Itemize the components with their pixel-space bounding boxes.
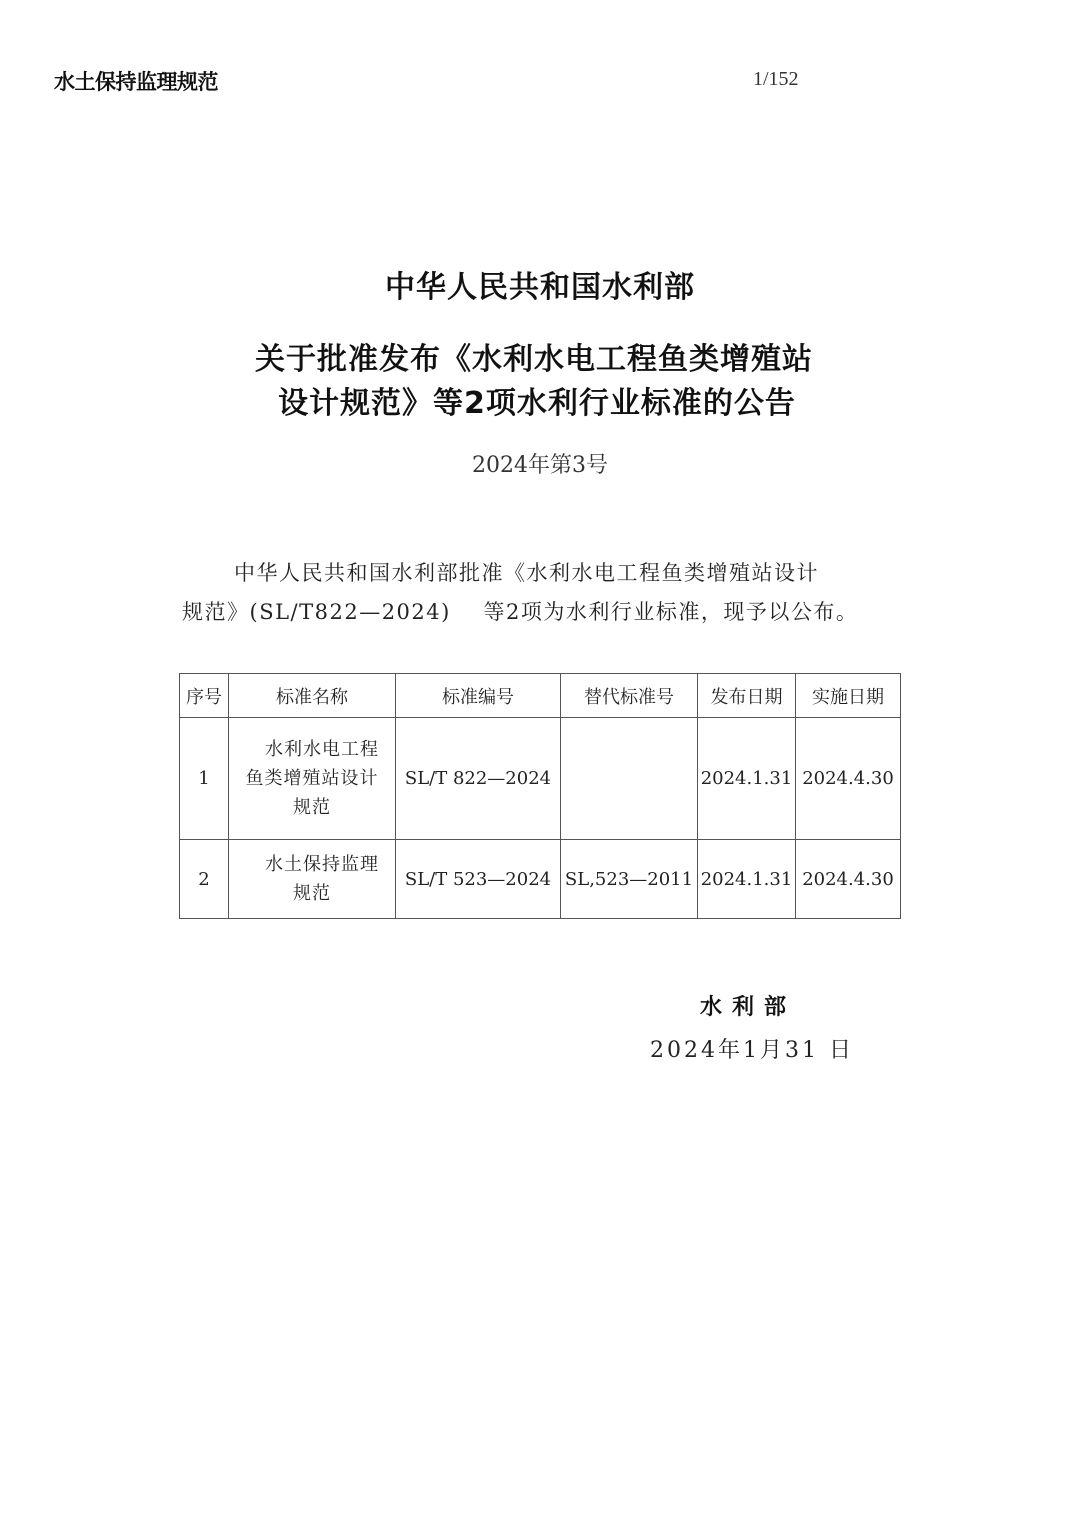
standards-table: 序号 标准名称 标准编号 替代标准号 发布日期 实施日期 1 水利水电工程鱼类增… [179,673,901,919]
header-name: 标准名称 [229,674,396,718]
cell-published: 2024.1.31 [698,840,796,919]
header-code: 标准编号 [396,674,561,718]
table-row: 1 水利水电工程鱼类增殖站设计规范 SL/T 822—2024 2024.1.3… [180,718,901,840]
cell-seq: 1 [180,718,229,840]
notice-title-line-2: 设计规范》等2项水利行业标准的公告 [0,378,1077,422]
name-line: 水土保持监理 [265,854,379,875]
page-number: 1/152 [753,68,799,91]
cell-effective: 2024.4.30 [796,840,901,919]
cell-code: SL/T 822—2024 [396,718,561,840]
name-line: 规范 [293,883,331,904]
cell-published: 2024.1.31 [698,718,796,840]
running-title: 水土保持监理规范 [54,66,218,96]
cell-replaces: SL,523—2011 [561,840,698,919]
header-replaces: 替代标准号 [561,674,698,718]
signature-date: 2024年1月31 日 [650,1033,854,1064]
cell-name: 水土保持监理规范 [229,840,396,919]
issuer-heading: 中华人民共和国水利部 [0,262,1080,306]
cell-name: 水利水电工程鱼类增殖站设计规范 [229,718,396,840]
table-row: 2 水土保持监理规范 SL/T 523—2024 SL,523—2011 202… [180,840,901,919]
name-line: 水利水电工程 [265,739,379,760]
cell-replaces [561,718,698,840]
cell-seq: 2 [180,840,229,919]
name-line: 鱼类增殖站设计 [246,768,379,789]
name-line: 规范 [293,797,331,818]
document-number: 2024年第3号 [0,448,1080,479]
table-header-row: 序号 标准名称 标准编号 替代标准号 发布日期 实施日期 [180,674,901,718]
cell-code: SL/T 523—2024 [396,840,561,919]
header-seq: 序号 [180,674,229,718]
cell-effective: 2024.4.30 [796,718,901,840]
header-effective: 实施日期 [796,674,901,718]
notice-title-line-1: 关于批准发布《水利水电工程鱼类增殖站 [0,334,1074,378]
header-published: 发布日期 [698,674,796,718]
signature-organization: 水利部 [700,990,796,1021]
body-paragraph-line-2: 规范》(SL/T822—2024) 等2项为水利行业标准，现予以公布。 [182,596,858,626]
body-paragraph-line-1: 中华人民共和国水利部批准《水利水电工程鱼类增殖站设计 [234,557,819,587]
